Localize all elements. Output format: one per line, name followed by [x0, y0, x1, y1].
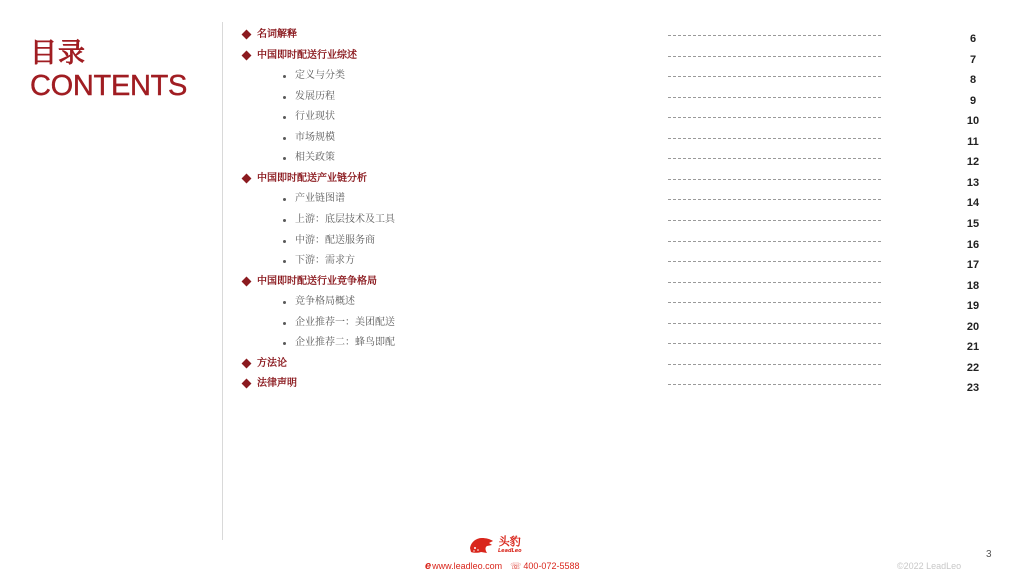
bullet-dot-icon: [283, 260, 286, 263]
toc-page-number: 9: [950, 94, 996, 108]
toc-page-number: 15: [950, 217, 996, 231]
bullet-dot-icon: [283, 198, 286, 201]
dotted-leader: [668, 220, 881, 221]
footer-contact: e www.leadleo.com ☏ 400-072-5588: [425, 560, 579, 572]
dotted-leader: [668, 384, 881, 385]
toc-subsection[interactable]: 发展历程9: [0, 90, 1024, 110]
toc-label: 法律声明: [257, 377, 297, 391]
toc-subsection[interactable]: 企业推荐一：美团配送20: [0, 316, 1024, 336]
toc-label: 相关政策: [295, 151, 335, 165]
diamond-icon: [242, 379, 252, 389]
toc-subsection[interactable]: 市场规模11: [0, 131, 1024, 151]
bullet-dot-icon: [283, 157, 286, 160]
toc-subsection[interactable]: 中游：配送服务商16: [0, 234, 1024, 254]
copyright-text: ©2022 LeadLeo: [897, 561, 961, 571]
logo-english-text: LeadLeo: [498, 548, 522, 554]
toc-label: 名词解释: [257, 28, 297, 42]
dotted-leader: [668, 35, 881, 36]
dotted-leader: [668, 199, 881, 200]
dotted-leader: [668, 364, 881, 365]
toc-page-number: 14: [950, 196, 996, 210]
toc-subsection[interactable]: 相关政策12: [0, 151, 1024, 171]
toc-page-number: 22: [950, 361, 996, 375]
toc-label: 竞争格局概述: [295, 295, 355, 309]
slide-page-number: 3: [986, 549, 992, 560]
dotted-leader: [668, 323, 881, 324]
dotted-leader: [668, 241, 881, 242]
diamond-icon: [242, 358, 252, 368]
toc-label: 企业推荐一：美团配送: [295, 316, 395, 330]
phone-icon: ☏: [510, 561, 521, 572]
logo-chinese-text: 头豹: [499, 536, 521, 548]
toc-page-number: 12: [950, 155, 996, 169]
toc-label: 方法论: [257, 357, 287, 371]
toc-subsection[interactable]: 企业推荐二：蜂鸟即配21: [0, 336, 1024, 356]
toc-section[interactable]: 中国即时配送产业链分析13: [0, 172, 1024, 192]
leopard-logo-icon: [468, 536, 494, 554]
toc-section[interactable]: 法律声明23: [0, 377, 1024, 397]
dotted-leader: [668, 56, 881, 57]
toc-page-number: 18: [950, 279, 996, 293]
dotted-leader: [668, 138, 881, 139]
toc-subsection[interactable]: 行业现状10: [0, 110, 1024, 130]
toc-page-number: 16: [950, 238, 996, 252]
dotted-leader: [668, 117, 881, 118]
bullet-dot-icon: [283, 240, 286, 243]
toc-page-number: 11: [950, 135, 996, 149]
bullet-dot-icon: [283, 96, 286, 99]
toc-subsection[interactable]: 产业链图谱14: [0, 192, 1024, 212]
toc-page-number: 19: [950, 299, 996, 313]
dotted-leader: [668, 158, 881, 159]
diamond-icon: [242, 50, 252, 60]
toc-label: 上游：底层技术及工具: [295, 213, 395, 227]
toc-page-number: 20: [950, 320, 996, 334]
toc-subsection[interactable]: 下游：需求方17: [0, 254, 1024, 274]
toc-subsection[interactable]: 竞争格局概述19: [0, 295, 1024, 315]
toc-subsection[interactable]: 定义与分类8: [0, 69, 1024, 89]
bullet-dot-icon: [283, 116, 286, 119]
toc-section[interactable]: 方法论22: [0, 357, 1024, 377]
toc-label: 中游：配送服务商: [295, 234, 375, 248]
diamond-icon: [242, 173, 252, 183]
dotted-leader: [668, 282, 881, 283]
toc-label: 企业推荐二：蜂鸟即配: [295, 336, 395, 350]
toc-page-number: 10: [950, 114, 996, 128]
website-link[interactable]: www.leadleo.com: [432, 561, 502, 571]
toc-page-number: 21: [950, 340, 996, 354]
bullet-dot-icon: [283, 219, 286, 222]
leadleo-logo: 头豹 LeadLeo: [468, 536, 522, 554]
toc-page-number: 7: [950, 53, 996, 67]
e-browser-icon: e: [425, 560, 431, 572]
toc-label: 行业现状: [295, 110, 335, 124]
diamond-icon: [242, 30, 252, 40]
toc-label: 市场规模: [295, 131, 335, 145]
dotted-leader: [668, 343, 881, 344]
bullet-dot-icon: [283, 301, 286, 304]
toc-subsection[interactable]: 上游：底层技术及工具15: [0, 213, 1024, 233]
toc-label: 中国即时配送产业链分析: [257, 172, 367, 186]
toc-label: 定义与分类: [295, 69, 345, 83]
toc-page-number: 6: [950, 32, 996, 46]
bullet-dot-icon: [283, 322, 286, 325]
dotted-leader: [668, 97, 881, 98]
toc-section[interactable]: 名词解释6: [0, 28, 1024, 48]
dotted-leader: [668, 302, 881, 303]
dotted-leader: [668, 76, 881, 77]
toc-label: 产业链图谱: [295, 192, 345, 206]
diamond-icon: [242, 276, 252, 286]
toc-page-number: 13: [950, 176, 996, 190]
toc-page-number: 23: [950, 381, 996, 395]
toc-section[interactable]: 中国即时配送行业竞争格局18: [0, 275, 1024, 295]
dotted-leader: [668, 179, 881, 180]
toc-page-number: 17: [950, 258, 996, 272]
bullet-dot-icon: [283, 75, 286, 78]
toc-page-number: 8: [950, 73, 996, 87]
dotted-leader: [668, 261, 881, 262]
toc-label: 中国即时配送行业综述: [257, 49, 357, 63]
toc-section[interactable]: 中国即时配送行业综述7: [0, 49, 1024, 69]
toc-label: 中国即时配送行业竞争格局: [257, 275, 377, 289]
bullet-dot-icon: [283, 137, 286, 140]
bullet-dot-icon: [283, 342, 286, 345]
phone-number: 400-072-5588: [523, 561, 579, 571]
toc-label: 下游：需求方: [295, 254, 355, 268]
toc-label: 发展历程: [295, 90, 335, 104]
